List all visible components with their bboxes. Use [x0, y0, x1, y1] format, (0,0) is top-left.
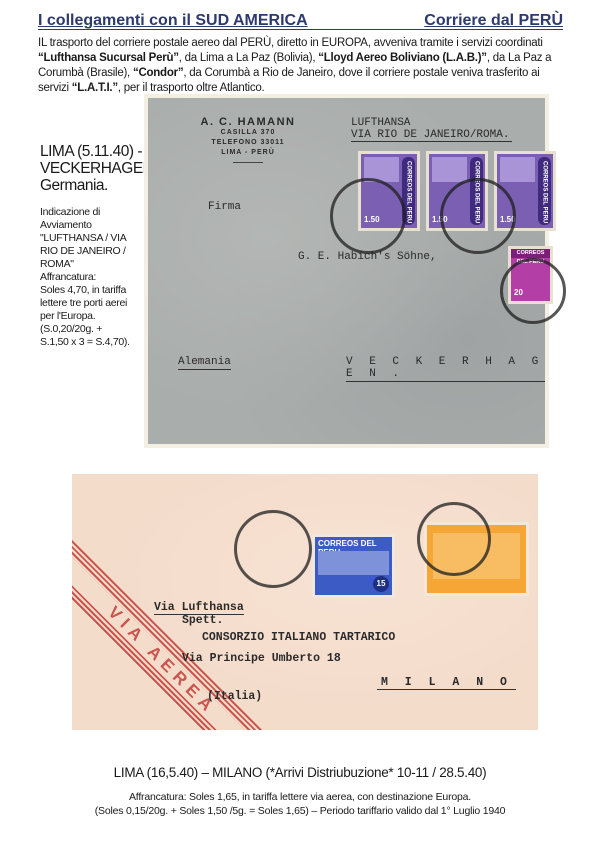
caption-line: RIO DE JANEIRO / — [40, 245, 150, 258]
cover2-caption-title: LIMA (16,5.40) – MILANO (*Arrivi Distriu… — [0, 765, 600, 780]
caption-line: (S.0,20/20g. + — [40, 323, 150, 336]
cover1-envelope: A. C. HAMANN CASILLA 370 TELEFONO 33011 … — [148, 98, 545, 444]
header-rule — [38, 29, 563, 30]
caption-line: Affrancatura: — [40, 271, 150, 284]
stamp-value: 15 — [373, 576, 389, 592]
postmark — [234, 510, 312, 588]
sender-line: TELEFONO 33011 — [148, 138, 348, 148]
intro-bold: “Lufthansa Sucursal Perù” — [38, 52, 179, 64]
destination-city: V E C K E R H A G E N . — [346, 356, 545, 382]
page-title: I collegamenti con il SUD AMERICA — [38, 12, 308, 30]
sender-line: CASILLA 370 — [148, 128, 348, 138]
caption-line: Germania. — [40, 177, 150, 194]
page-subtitle: Corriere dal PERÙ — [424, 12, 563, 30]
caption-line: LIMA (5.11.40) - — [40, 143, 150, 160]
salutation: Spett. — [182, 614, 223, 627]
intro-text: IL trasporto del corriere postale aereo … — [38, 37, 543, 49]
postmark — [330, 178, 406, 254]
caption-line: lettere tre porti aerei — [40, 297, 150, 310]
route-line: VIA RIO DE JANEIRO/ROMA. — [351, 129, 512, 142]
sender-name: A. C. HAMANN — [148, 116, 348, 128]
routing-instruction: Via Lufthansa — [154, 601, 244, 615]
stamp-label: CORREOS DEL PERU — [406, 161, 412, 223]
stamp-image — [432, 157, 467, 182]
cover2-envelope: VIA AEREA CORREOS DEL PERU 15 Via Luftha… — [72, 474, 538, 730]
stamp-label: CORREOS DEL PERU — [511, 249, 550, 258]
sender-line: LIMA - PERÙ — [148, 148, 348, 158]
route-line: LUFTHANSA — [351, 117, 512, 129]
caption-line: Soles 4,70, in tariffa — [40, 284, 150, 297]
cover1-caption-title: LIMA (5.11.40) - VECKERHAGEN Germania. — [40, 143, 150, 194]
cover2-caption-line: Affrancatura: Soles 1,65, in tariffa let… — [0, 791, 600, 803]
stamp-image — [318, 551, 389, 575]
caption-line: Avviamento — [40, 219, 150, 232]
intro-paragraph: IL trasporto del corriere postale aereo … — [38, 36, 563, 96]
caption-line: ROMA" — [40, 258, 150, 271]
caption-line: per l'Europa. — [40, 310, 150, 323]
routing-instruction: LUFTHANSA VIA RIO DE JANEIRO/ROMA. — [351, 117, 512, 142]
caption-line: S.1,50 x 3 = S.4,70). — [40, 336, 150, 349]
intro-text: , per il trasporto oltre Atlantico. — [118, 82, 265, 94]
destination-city: M I L A N O — [377, 676, 516, 690]
caption-line: VECKERHAGEN — [40, 160, 150, 177]
intro-bold: “Lloyd Aereo Boliviano (L.A.B.)” — [318, 52, 487, 64]
postmark — [417, 502, 491, 576]
addressee: CONSORZIO ITALIANO TARTARICO — [202, 631, 395, 644]
sender-rule — [233, 162, 263, 163]
stamp-image — [500, 157, 535, 182]
intro-text: , da Lima a La Paz (Bolivia), — [179, 52, 319, 64]
caption-line: Indicazione di — [40, 206, 150, 219]
cover2-caption-line: (Soles 0,15/20g. + Soles 1,50 /5g. = Sol… — [0, 805, 600, 817]
postmark — [500, 258, 566, 324]
cover1-caption-body: Indicazione di Avviamento "LUFTHANSA / V… — [40, 206, 150, 349]
destination-country: Alemania — [178, 356, 231, 370]
street-address: Via Principe Umberto 18 — [182, 652, 341, 665]
definitive-stamp: CORREOS DEL PERU 15 — [312, 534, 395, 598]
destination-country: (Italia) — [207, 690, 262, 703]
intro-bold: “Condor” — [133, 67, 183, 79]
firma-text: Firma — [208, 201, 241, 213]
sender-imprint: A. C. HAMANN CASILLA 370 TELEFONO 33011 … — [148, 116, 348, 163]
stamp-label: CORREOS DEL PERU — [542, 161, 548, 223]
intro-bold: “L.A.T.I.” — [72, 82, 118, 94]
caption-line: "LUFTHANSA / VIA — [40, 232, 150, 245]
cover1-caption: LIMA (5.11.40) - VECKERHAGEN Germania. I… — [40, 143, 150, 349]
postmark — [440, 178, 516, 254]
